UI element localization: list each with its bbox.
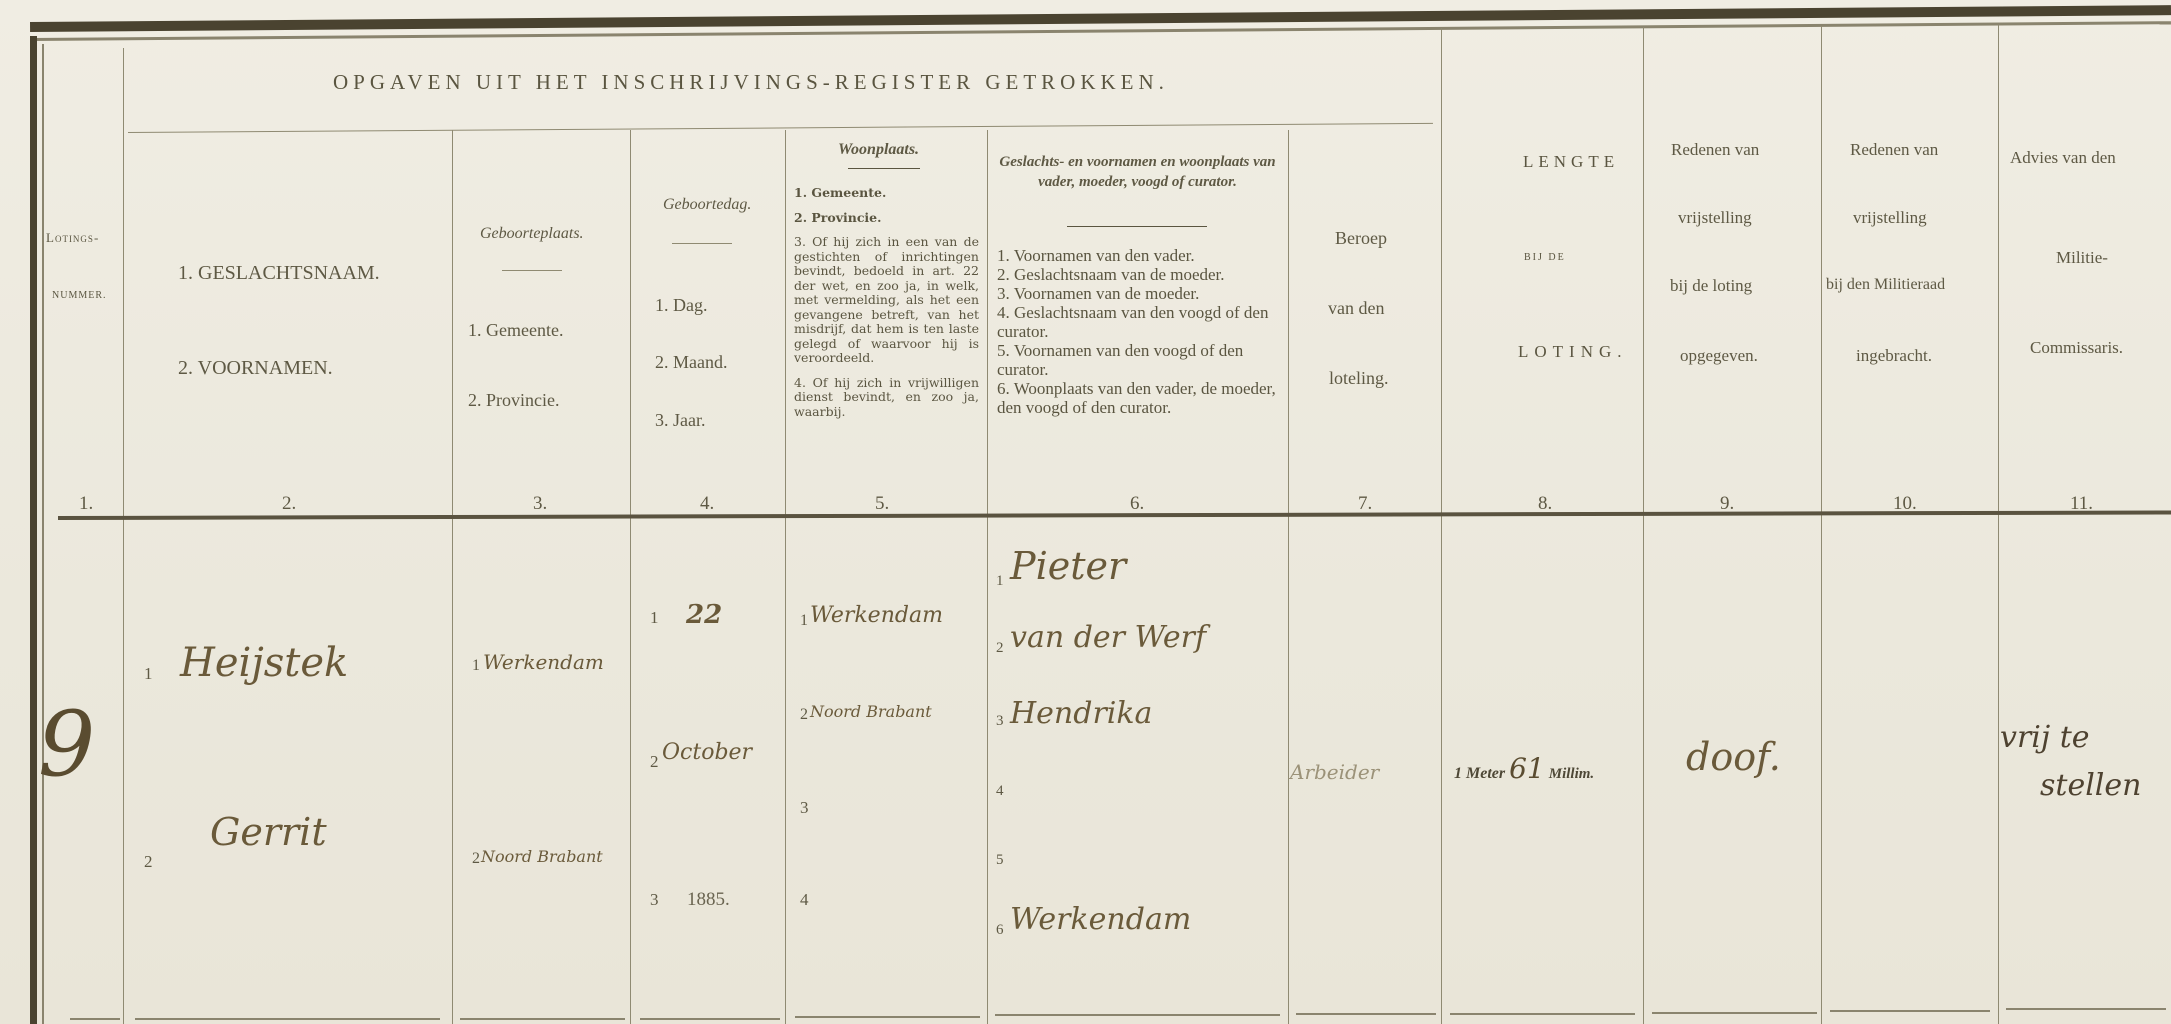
col7-header-line2: van den bbox=[1328, 298, 1384, 319]
col5-item-1: 1. Gemeente. bbox=[794, 186, 979, 201]
col-divider bbox=[785, 130, 786, 1024]
entry-parent-3-label: 3 bbox=[996, 713, 1004, 730]
col10-header-line1: Redenen van bbox=[1850, 140, 1938, 160]
entry-firstname-label: 2 bbox=[144, 852, 153, 872]
col2-header-line2: 2. VOORNAMEN. bbox=[178, 357, 333, 380]
col4-title: Geboortedag. bbox=[663, 196, 751, 214]
row-end-dash bbox=[795, 1016, 980, 1018]
col5-header-list: 1. Gemeente. 2. Provincie. 3. Of hij zic… bbox=[794, 186, 979, 419]
frame-left-rule bbox=[30, 36, 37, 1024]
entry-parent-1: Pieter bbox=[1010, 544, 1126, 588]
entry-parent-2: van der Werf bbox=[1010, 620, 1206, 655]
header-bottom-rule bbox=[58, 510, 2171, 520]
entry-residence-gemeente-label: 1 bbox=[800, 612, 808, 630]
entry-birthdate-month-label: 2 bbox=[650, 752, 659, 772]
col9-header-line2: vrijstelling bbox=[1678, 208, 1752, 228]
entry-parent-2-label: 2 bbox=[996, 640, 1004, 657]
col2-header-line1: 1. GESLACHTSNAAM. bbox=[178, 262, 380, 285]
col1-number: 1. bbox=[79, 493, 93, 515]
entry-height-suffix: Millim. bbox=[1549, 766, 1594, 782]
col5-title-rule bbox=[848, 168, 920, 169]
col6-number: 6. bbox=[1130, 493, 1144, 515]
entry-residence-provincie-label: 2 bbox=[800, 706, 808, 724]
col-divider bbox=[1821, 26, 1822, 1024]
entry-birthplace-gemeente-label: 1 bbox=[472, 657, 480, 675]
col-divider bbox=[987, 130, 988, 1024]
col3-title: Geboorteplaats. bbox=[480, 225, 584, 243]
col5-item-2: 2. Provincie. bbox=[794, 211, 979, 226]
entry-surname-label: 1 bbox=[144, 664, 153, 684]
col6-item-1: 1. Voornamen van den vader. bbox=[997, 246, 1277, 265]
row-end-dash bbox=[1296, 1013, 1436, 1015]
col10-number: 10. bbox=[1893, 493, 1917, 515]
col6-item-5: 5. Voornamen van den voogd of den curato… bbox=[997, 341, 1277, 379]
col7-header-line1: Beroep bbox=[1335, 228, 1387, 249]
entry-advice-line1: vrij te bbox=[2000, 720, 2090, 755]
col4-header-line2: 2. Maand. bbox=[655, 352, 727, 373]
entry-residence-dienst-label: 4 bbox=[800, 890, 809, 910]
frame-left-rule-thin bbox=[42, 44, 44, 1024]
col5-number: 5. bbox=[875, 493, 889, 515]
entry-height-value: 61 bbox=[1509, 752, 1545, 785]
entry-residence-provincie: Noord Brabant bbox=[810, 702, 932, 721]
row-end-dash bbox=[135, 1018, 440, 1020]
col6-header-list: 1. Voornamen van den vader. 2. Geslachts… bbox=[997, 246, 1277, 417]
entry-birthdate-month: October bbox=[662, 740, 752, 765]
col7-number: 7. bbox=[1358, 493, 1372, 515]
document-title: OPGAVEN UIT HET INSCHRIJVINGS-REGISTER G… bbox=[333, 70, 1169, 95]
row-end-dash bbox=[640, 1018, 780, 1020]
entry-residence-gesticht-label: 3 bbox=[800, 798, 809, 818]
col3-header-line2: 2. Provincie. bbox=[468, 390, 560, 411]
col-divider bbox=[1441, 28, 1442, 1024]
row-end-dash bbox=[995, 1014, 1280, 1016]
col8-header-line1: LENGTE bbox=[1523, 152, 1619, 172]
col10-header-line4: ingebracht. bbox=[1856, 346, 1932, 366]
col4-header-line1: 1. Dag. bbox=[655, 295, 708, 316]
col11-header-line3: Commissaris. bbox=[2030, 338, 2123, 358]
entry-surname: Heijstek bbox=[180, 640, 348, 686]
entry-parent-3: Hendrika bbox=[1010, 696, 1152, 731]
entry-residence-gemeente: Werkendam bbox=[810, 603, 943, 628]
col6-item-3: 3. Voornamen van de moeder. bbox=[997, 284, 1277, 303]
entry-birthplace-provincie: Noord Brabant bbox=[481, 847, 603, 866]
col-divider bbox=[452, 130, 453, 1024]
col5-item-3: 3. Of hij zich in een van de gestichten … bbox=[794, 235, 979, 366]
entry-height: 1 Meter 61 Millim. bbox=[1454, 752, 1594, 785]
col4-header-line3: 3. Jaar. bbox=[655, 410, 705, 431]
row-end-dash bbox=[2006, 1008, 2166, 1010]
col2-number: 2. bbox=[282, 493, 296, 515]
entry-height-prefix: 1 Meter bbox=[1454, 765, 1505, 782]
col9-header-line1: Redenen van bbox=[1671, 140, 1759, 160]
entry-firstname: Gerrit bbox=[210, 810, 327, 854]
col5-item-4: 4. Of hij zich in vrijwilligen dienst be… bbox=[794, 376, 979, 420]
col-divider bbox=[1643, 27, 1644, 1024]
col-divider bbox=[1998, 25, 1999, 1024]
row-end-dash bbox=[1652, 1012, 1817, 1014]
col6-title: Geslachts- en voornamen en woonplaats va… bbox=[995, 152, 1280, 192]
entry-birthdate-day-label: 1 bbox=[650, 608, 659, 628]
col4-number: 4. bbox=[700, 493, 714, 515]
col3-header-line1: 1. Gemeente. bbox=[468, 320, 563, 341]
col5-title: Woonplaats. bbox=[838, 141, 919, 159]
entry-birthdate-day: 22 bbox=[686, 600, 722, 630]
col-divider bbox=[123, 48, 124, 1024]
entry-parent-1-label: 1 bbox=[996, 573, 1004, 590]
col10-header-line3: bij den Militieraad bbox=[1826, 276, 1945, 294]
frame-top-rule bbox=[30, 5, 2171, 32]
entry-birthdate-year: 1885. bbox=[687, 889, 730, 911]
col-divider bbox=[630, 130, 631, 1024]
col9-header-line3: bij de loting bbox=[1670, 276, 1752, 296]
entry-birthdate-year-label: 3 bbox=[650, 890, 659, 910]
entry-occupation: Arbeider bbox=[1290, 760, 1379, 784]
entry-parent-6-label: 6 bbox=[996, 922, 1004, 939]
col3-number: 3. bbox=[533, 493, 547, 515]
row-end-dash bbox=[1450, 1013, 1635, 1015]
entry-parent-6: Werkendam bbox=[1010, 902, 1191, 937]
col6-item-2: 2. Geslachtsnaam van de moeder. bbox=[997, 265, 1277, 284]
entry-birthplace-provincie-label: 2 bbox=[472, 850, 480, 868]
entry-birthplace-gemeente: Werkendam bbox=[483, 650, 604, 674]
col6-item-4: 4. Geslachtsnaam van den voogd of den cu… bbox=[997, 303, 1277, 341]
col4-title-rule bbox=[672, 243, 732, 244]
col11-number: 11. bbox=[2070, 493, 2093, 515]
col10-header-line2: vrijstelling bbox=[1853, 208, 1927, 228]
col9-header-line4: opgegeven. bbox=[1680, 346, 1758, 366]
col3-title-rule bbox=[502, 270, 562, 271]
register-page: OPGAVEN UIT HET INSCHRIJVINGS-REGISTER G… bbox=[0, 0, 2171, 1024]
col1-header-line2: nummer. bbox=[52, 290, 107, 301]
entry-lotingsnummer: 9 bbox=[38, 700, 95, 790]
col6-title-rule bbox=[1067, 226, 1207, 227]
col8-header-line3: LOTING. bbox=[1518, 342, 1628, 362]
entry-parent-5-label: 5 bbox=[996, 852, 1004, 869]
col8-header-line2: BIJ DE bbox=[1524, 252, 1566, 263]
row-end-dash bbox=[460, 1018, 625, 1020]
col1-header-line1: Lotings- bbox=[46, 230, 99, 246]
entry-parent-4-label: 4 bbox=[996, 783, 1004, 800]
entry-advice-line2: stellen bbox=[2040, 768, 2141, 803]
col9-number: 9. bbox=[1720, 493, 1734, 515]
row-end-dash bbox=[1830, 1010, 1990, 1012]
col7-header-line3: loteling. bbox=[1329, 368, 1389, 389]
col6-item-6: 6. Woonplaats van den vader, de moeder, … bbox=[997, 379, 1277, 417]
col11-header-line1: Advies van den bbox=[2010, 148, 2116, 168]
title-underline bbox=[128, 123, 1433, 133]
col-divider bbox=[1288, 130, 1289, 1024]
row-end-dash bbox=[70, 1018, 120, 1020]
col8-number: 8. bbox=[1538, 493, 1552, 515]
entry-exemption-reason-loting: doof. bbox=[1686, 735, 1781, 779]
col11-header-line2: Militie- bbox=[2056, 248, 2108, 268]
